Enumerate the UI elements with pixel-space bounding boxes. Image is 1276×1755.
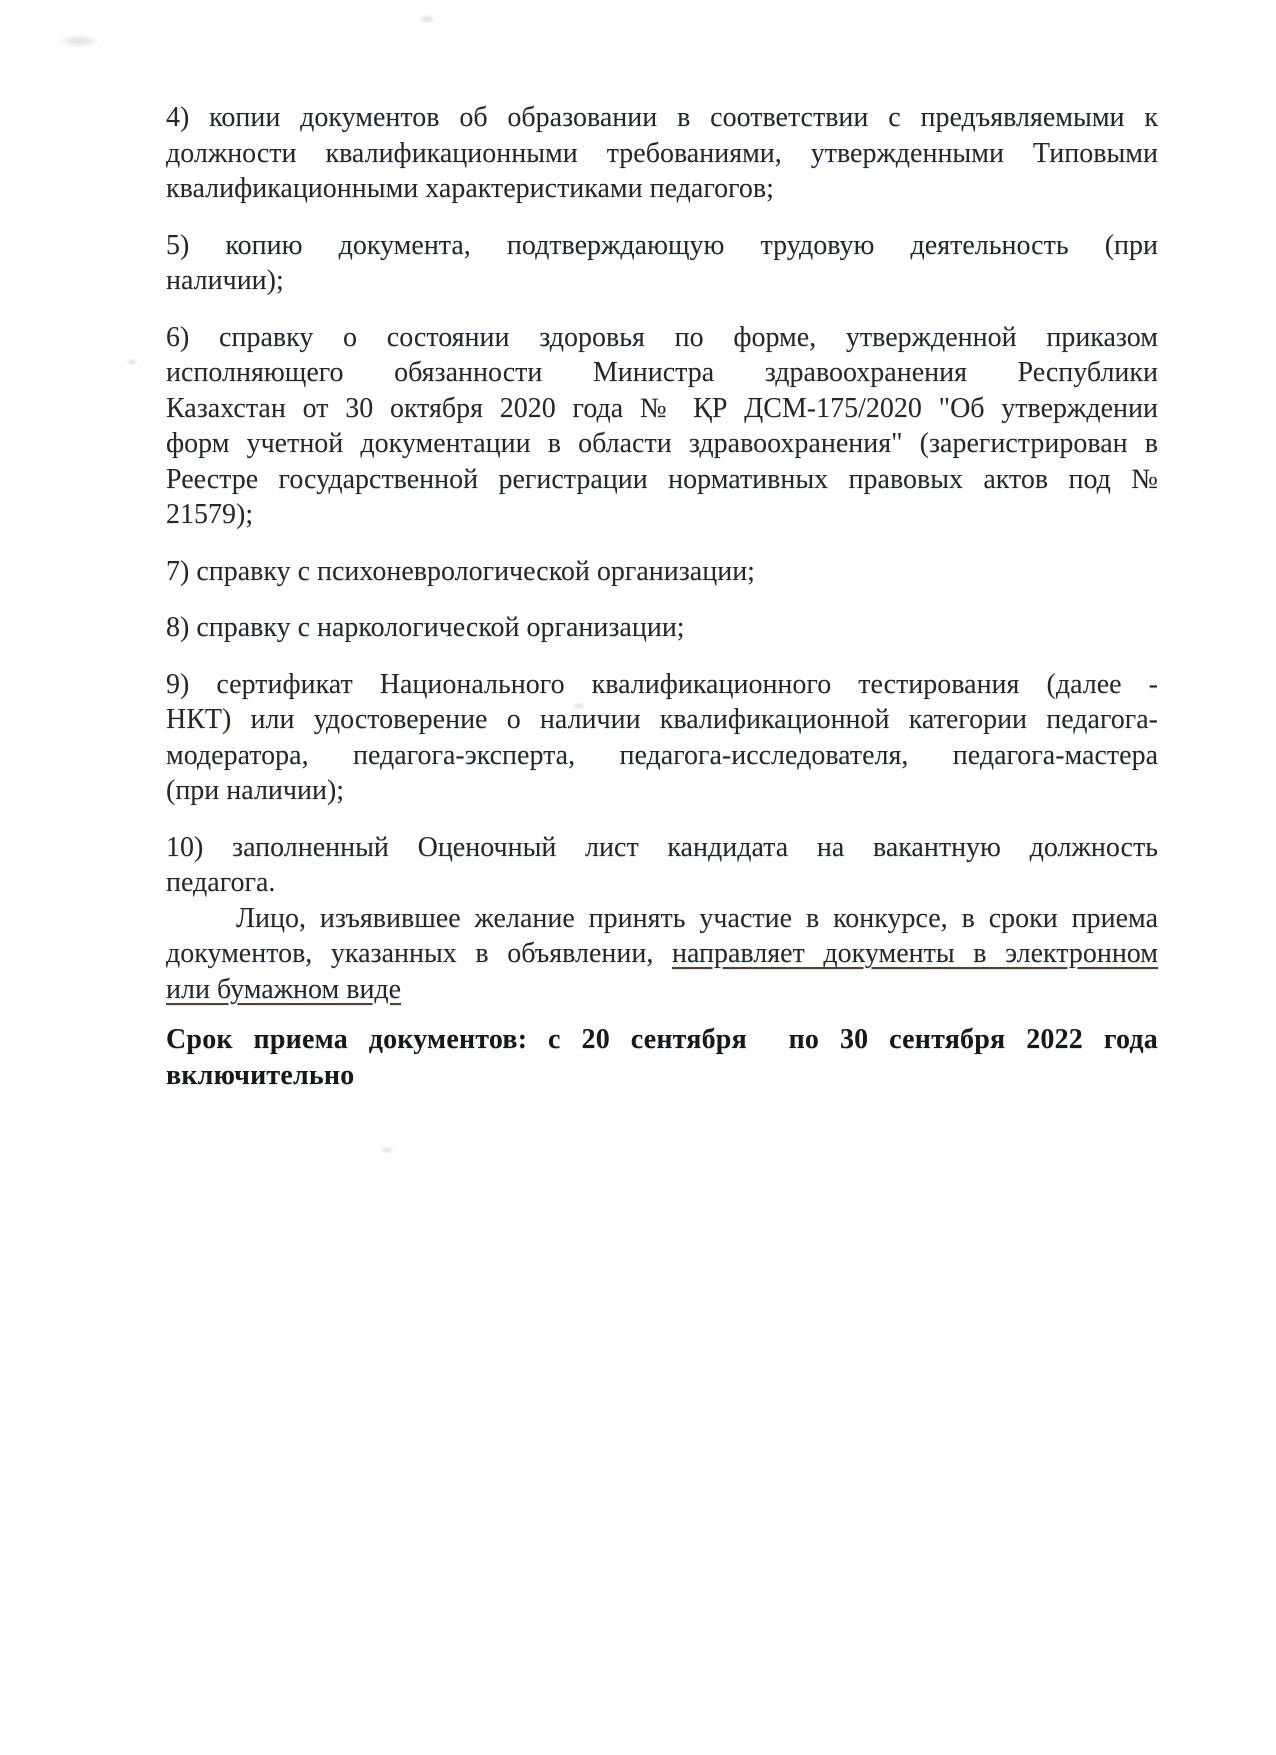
paragraph-item-4: 4) копии документов об образовании в соо… [166,100,1158,207]
paragraph-item-7: 7) справку с психоневрологической органи… [166,554,1158,590]
text-segment: форм учетной документации в области здра… [166,428,1158,459]
text-line: или бумажном виде [166,972,1158,1008]
text-segment: 4) копии документов об образовании в соо… [166,102,1158,133]
text-segment: 9) сертификат Национального квалификацио… [166,669,1158,700]
text-segment: квалификационными характеристиками педаг… [166,173,774,204]
text-line: педагога. [166,865,1158,901]
text-line: (при наличии); [166,773,1158,809]
text-segment: НКТ) или удостоверение о наличии квалифи… [166,704,1158,735]
text-line: Реестре государственной регистрации норм… [166,462,1158,498]
text-line: Срок приема документов: с 20 сентября по… [166,1022,1158,1058]
text-segment: наличии); [166,265,284,296]
scan-artifact [126,358,138,366]
scan-artifact [418,14,436,24]
paragraph-item-6: 6) справку о состоянии здоровья по форме… [166,320,1158,533]
text-segment: 5) копию документа, подтверждающую трудо… [166,230,1158,261]
paragraph-application-note: Лицо, изъявившее желание принять участие… [166,901,1158,1008]
text-line: 9) сертификат Национального квалификацио… [166,667,1158,703]
text-segment: Срок приема документов: с 20 сентября по… [166,1024,1158,1055]
text-segment: должности квалификационными требованиями… [166,138,1158,169]
text-segment: 7) справку с психоневрологической органи… [166,556,755,587]
text-line: квалификационными характеристиками педаг… [166,171,1158,207]
text-segment: Казахстан от 30 октября 2020 года № ҚР Д… [166,393,1158,424]
scan-artifact [380,1146,394,1154]
text-line: 21579); [166,497,1158,533]
text-segment: Лицо, изъявившее желание принять участие… [236,903,1158,934]
text-line: должности квалификационными требованиями… [166,136,1158,172]
scanned-document-page: 4) копии документов об образовании в соо… [0,0,1276,1755]
text-segment: 10) заполненный Оценочный лист кандидата… [166,832,1158,863]
text-segment: документов, указанных в объявлении, [166,938,672,969]
text-line: модератора, педагога-эксперта, педагога-… [166,738,1158,774]
text-line: документов, указанных в объявлении, напр… [166,936,1158,972]
text-segment: Реестре государственной регистрации норм… [166,464,1158,495]
paragraph-item-5: 5) копию документа, подтверждающую трудо… [166,228,1158,299]
text-segment: (при наличии); [166,775,344,806]
text-line: 8) справку с наркологической организации… [166,610,1158,646]
text-line: 5) копию документа, подтверждающую трудо… [166,228,1158,264]
text-line: наличии); [166,263,1158,299]
text-line: 4) копии документов об образовании в соо… [166,100,1158,136]
paragraph-item-9: 9) сертификат Национального квалификацио… [166,667,1158,809]
text-segment: 8) справку с наркологической организации… [166,612,685,643]
text-line: 7) справку с психоневрологической органи… [166,554,1158,590]
text-line: форм учетной документации в области здра… [166,426,1158,462]
document-text-block: 4) копии документов об образовании в соо… [166,100,1158,1114]
text-segment: включительно [166,1060,354,1091]
text-line: 6) справку о состоянии здоровья по форме… [166,320,1158,356]
paragraph-deadline: Срок приема документов: с 20 сентября по… [166,1022,1158,1093]
text-line: 10) заполненный Оценочный лист кандидата… [166,830,1158,866]
text-segment: 6) справку о состоянии здоровья по форме… [166,322,1158,353]
text-line: включительно [166,1058,1158,1094]
text-segment: педагога. [166,867,275,898]
scan-artifact [58,34,100,48]
underlined-text: или бумажном виде [166,974,401,1005]
text-line: Казахстан от 30 октября 2020 года № ҚР Д… [166,391,1158,427]
text-segment: модератора, педагога-эксперта, педагога-… [166,740,1158,771]
text-line: НКТ) или удостоверение о наличии квалифи… [166,702,1158,738]
underlined-text: направляет документы в электронном [672,938,1158,969]
text-line: исполняющего обязанности Министра здраво… [166,355,1158,391]
paragraph-item-8: 8) справку с наркологической организации… [166,610,1158,646]
text-line: Лицо, изъявившее желание принять участие… [166,901,1158,937]
text-segment: исполняющего обязанности Министра здраво… [166,357,1158,388]
text-segment: 21579); [166,499,253,530]
paragraph-item-10: 10) заполненный Оценочный лист кандидата… [166,830,1158,901]
